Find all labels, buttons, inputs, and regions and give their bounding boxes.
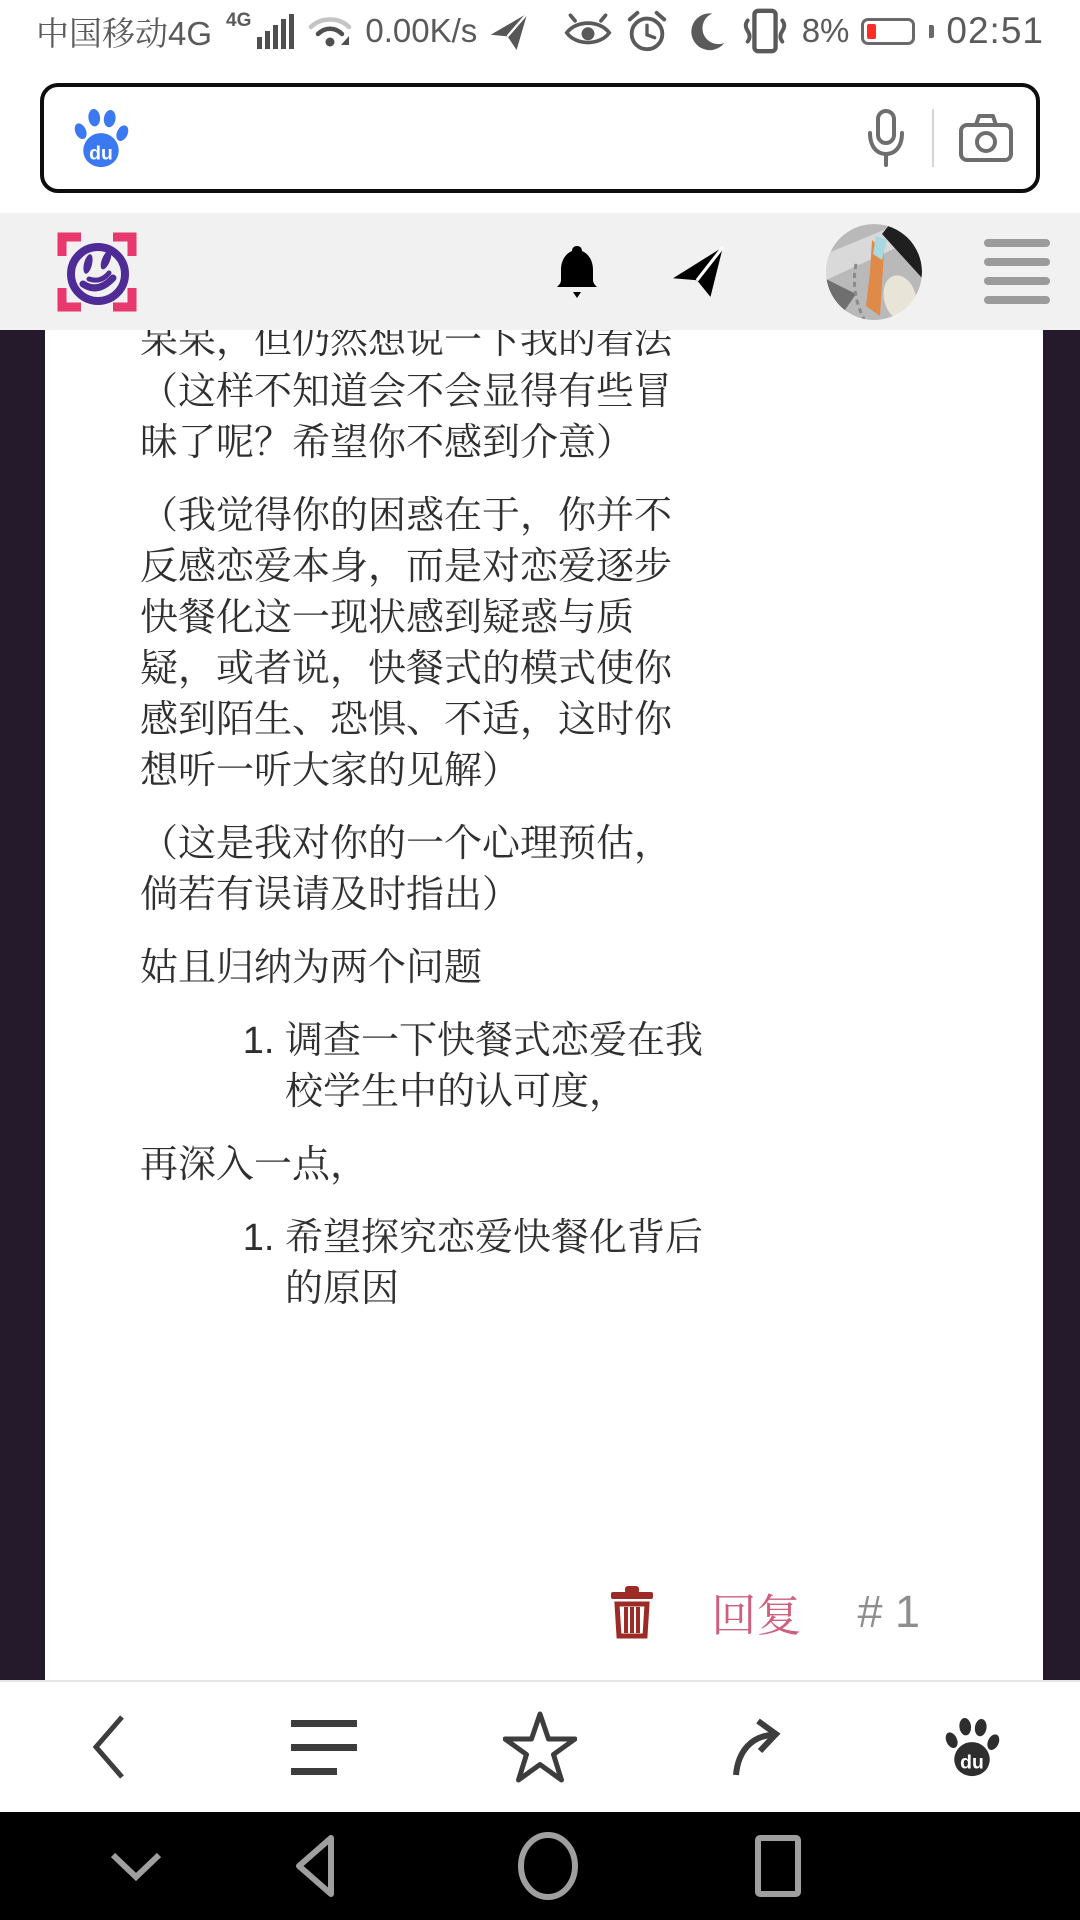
home-circle-icon <box>517 1831 579 1901</box>
battery-percent-label: 8% <box>802 12 850 50</box>
svg-text:du: du <box>960 1751 984 1773</box>
hamburger-menu-icon <box>984 239 1050 247</box>
svg-text:du: du <box>89 142 113 164</box>
site-logo-button[interactable] <box>55 230 139 314</box>
android-recents-button[interactable] <box>755 1835 801 1897</box>
avatar-image <box>826 224 922 320</box>
bell-icon <box>554 244 600 300</box>
clock-label: 02:51 <box>946 10 1044 52</box>
forum-header <box>0 213 1080 330</box>
browser-menu-button[interactable] <box>216 1718 432 1776</box>
status-bar: 中国移动4G 4G 0.00K/s <box>0 0 1080 62</box>
alarm-clock-icon <box>624 8 670 54</box>
baidu-logo-icon: du <box>70 107 132 169</box>
recents-square-icon <box>755 1835 801 1897</box>
star-icon <box>503 1711 577 1783</box>
post-paragraph: （这是我对你的一个心理预估，倘若有误请及时指出） <box>140 819 705 921</box>
share-button[interactable] <box>648 1717 864 1777</box>
post-number: # 1 <box>857 1586 920 1638</box>
net-speed-label: 0.00K/s <box>365 12 477 50</box>
menu-lines-icon <box>291 1718 357 1776</box>
post-body: 呆呆，但仍然想说一下我的看法（这样不知道会不会显得有些冒昧了呢？希望你不感到介意… <box>140 330 705 1337</box>
moon-icon <box>682 9 728 53</box>
carrier-label: 中国移动4G <box>36 8 212 55</box>
page-background: 呆呆，但仍然想说一下我的看法（这样不知道会不会显得有些冒昧了呢？希望你不感到介意… <box>0 330 1080 1680</box>
list-item: 调查一下快餐式恋爱在我校学生中的认可度， <box>285 1016 705 1118</box>
hide-navbar-button[interactable] <box>107 1851 165 1883</box>
vibrate-icon <box>740 7 790 55</box>
microphone-icon <box>864 108 908 168</box>
bookmark-star-button[interactable] <box>432 1711 648 1783</box>
status-left: 中国移动4G 4G 0.00K/s <box>36 8 529 55</box>
user-avatar[interactable] <box>826 224 922 320</box>
back-chevron-icon <box>90 1713 126 1781</box>
network-type-badge: 4G <box>226 10 251 32</box>
delete-post-button[interactable] <box>609 1584 655 1640</box>
battery-icon <box>861 18 915 45</box>
search-box[interactable]: du <box>40 83 1040 193</box>
post-ordered-list: 调查一下快餐式恋爱在我校学生中的认可度， <box>140 1016 705 1118</box>
notifications-button[interactable] <box>554 244 600 300</box>
trash-icon <box>609 1584 655 1640</box>
back-triangle-icon <box>291 1833 337 1899</box>
voice-search-button[interactable] <box>864 108 908 168</box>
eye-icon <box>564 11 612 51</box>
chevron-down-icon <box>107 1851 165 1883</box>
post-ordered-list: 希望探究恋爱快餐化背后的原因 <box>140 1213 705 1315</box>
reply-button[interactable]: 回复 <box>711 1579 801 1644</box>
signal-bars-icon <box>257 13 295 49</box>
status-right: 8% 02:51 <box>564 7 1044 55</box>
android-back-button[interactable] <box>291 1833 337 1899</box>
share-arrow-icon <box>724 1717 788 1777</box>
android-home-button[interactable] <box>517 1831 579 1901</box>
paper-plane-icon <box>670 245 726 299</box>
image-search-button[interactable] <box>958 112 1014 164</box>
browser-toolbar: du <box>0 1680 1080 1812</box>
post-card: 呆呆，但仍然想说一下我的看法（这样不知道会不会显得有些冒昧了呢？希望你不感到介意… <box>45 330 1043 1680</box>
camera-icon <box>958 112 1014 164</box>
list-item: 希望探究恋爱快餐化背后的原因 <box>285 1213 705 1315</box>
phone-screen: 中国移动4G 4G 0.00K/s <box>0 0 1080 1920</box>
search-input[interactable] <box>152 117 844 159</box>
hamburger-menu-button[interactable] <box>984 239 1050 304</box>
browser-search-section: du <box>0 62 1080 213</box>
search-divider <box>932 109 934 167</box>
scan-face-logo-icon <box>55 230 139 314</box>
baidu-paw-icon: du <box>941 1716 1003 1778</box>
post-paragraph: 再深入一点， <box>140 1140 705 1191</box>
post-paragraph: 呆呆，但仍然想说一下我的看法（这样不知道会不会显得有些冒昧了呢？希望你不感到介意… <box>140 330 705 469</box>
wifi-icon <box>307 13 353 49</box>
battery-nub <box>929 25 934 38</box>
post-footer: 回复 # 1 <box>140 1579 920 1644</box>
post-paragraph: （我觉得你的困惑在于，你并不反感恋爱本身，而是对恋爱逐步快餐化这一现状感到疑惑与… <box>140 491 705 797</box>
send-plane-icon <box>489 12 529 50</box>
browser-back-button[interactable] <box>0 1713 216 1781</box>
post-paragraph: 姑且归纳为两个问题 <box>140 943 705 994</box>
android-navbar <box>0 1812 1080 1920</box>
share-post-button[interactable] <box>670 245 726 299</box>
baidu-home-button[interactable]: du <box>864 1716 1080 1778</box>
